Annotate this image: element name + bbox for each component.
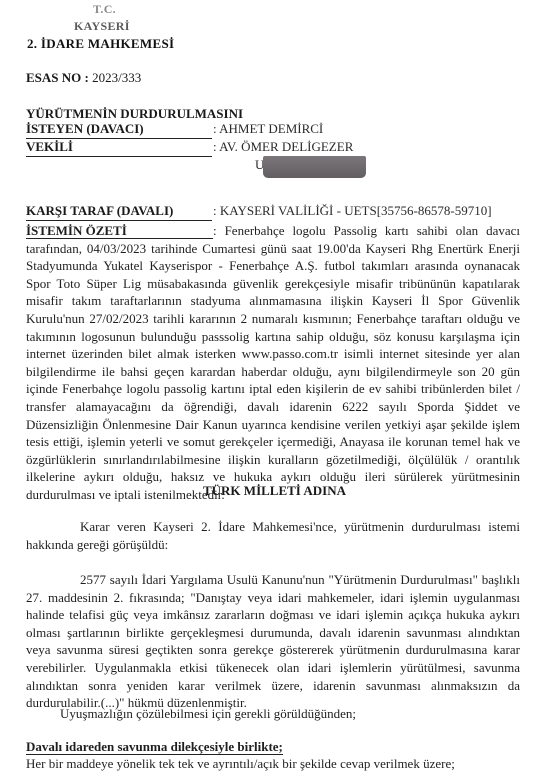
case-number: ESAS NO : 2023/333 — [26, 70, 141, 86]
response-instruction: Her bir maddeye yönelik tek tek ve ayrın… — [26, 755, 520, 773]
defendant-label: KARŞI TARAF (DAVALI) — [26, 203, 212, 221]
court-name: 2. İDARE MAHKEMESİ — [27, 36, 174, 52]
defendant-defense-heading: Davalı idareden savunma dilekçesiyle bir… — [26, 738, 520, 756]
request-title: YÜRÜTMENİN DURDURULMASINI — [26, 106, 243, 122]
plaintiff-label: İSTEYEN (DAVACI) — [26, 121, 212, 139]
defendant-value: : KAYSERİ VALİLİĞİ - UETS[35756-86578-59… — [213, 203, 492, 219]
deliberation-paragraph: Karar veren Kayseri 2. İdare Mahkemesi'n… — [26, 518, 520, 553]
redacted-uets-box — [263, 156, 366, 178]
attorney-value: : AV. ÖMER DELİGEZER — [213, 139, 353, 155]
request-summary: İSTEMİN ÖZETİ: Fenerbahçe logolu Passoli… — [26, 222, 520, 504]
summary-label: İSTEMİN ÖZETİ — [26, 223, 213, 239]
attorney-label: VEKİLİ — [26, 139, 212, 157]
republic-header: T.C. — [93, 2, 116, 17]
case-number-value: 2023/333 — [92, 70, 141, 85]
dispute-paragraph: Uyuşmazlığın çözülebilmesi için gerekli … — [60, 705, 520, 723]
summary-text: : Fenerbahçe logolu Passolig kartı sahib… — [26, 223, 520, 502]
case-number-label: ESAS NO : — [26, 70, 89, 85]
law-citation-paragraph: 2577 sayılı İdari Yargılama Usulü Kanunu… — [26, 571, 520, 712]
city-header: KAYSERİ — [74, 19, 130, 34]
plaintiff-value: : AHMET DEMİRCİ — [213, 121, 323, 137]
court-document-page: T.C. KAYSERİ 2. İDARE MAHKEMESİ ESAS NO … — [0, 0, 549, 774]
defendant-defense-heading-text: Davalı idareden savunma dilekçesiyle bir… — [26, 739, 283, 755]
verdict-heading: TÜRK MİLLETİ ADINA — [0, 483, 549, 499]
